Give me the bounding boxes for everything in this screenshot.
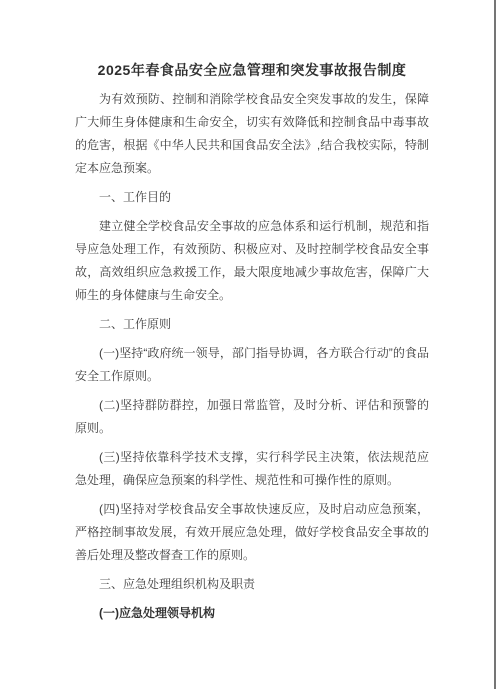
document-body: 为有效预防、控制和消除学校食品安全突发事故的发生，保障广大师生身体健康和生命安全… [75, 88, 429, 625]
document-title: 2025年春食品安全应急管理和突发事故报告制度 [75, 59, 429, 82]
paragraph: (二)坚持群防群控，加强日常监管，及时分析、评估和预警的原则。 [75, 394, 429, 440]
document-content: 2025年春食品安全应急管理和突发事故报告制度 为有效预防、控制和消除学校食品安… [75, 0, 429, 631]
section-heading: 一、工作目的 [75, 186, 429, 209]
paragraph: (一)坚持“政府统一领导，部门指导协调，各方联合行动”的食品安全工作原则。 [75, 342, 429, 388]
paragraph: (三)坚持依靠科学技术支撑，实行科学民主决策，依法规范应急处理，确保应急预案的科… [75, 446, 429, 492]
subsection-heading: (一)应急处理领导机构 [75, 602, 429, 625]
document-page: 2025年春食品安全应急管理和突发事故报告制度 为有效预防、控制和消除学校食品安… [0, 0, 500, 689]
paragraph: 为有效预防、控制和消除学校食品安全突发事故的发生，保障广大师生身体健康和生命安全… [75, 88, 429, 180]
paragraph: 建立健全学校食品安全事故的应急体系和运行机制，规范和指导应急处理工作，有效预防、… [75, 215, 429, 307]
paragraph: (四)坚持对学校食品安全事故快速反应，及时启动应急预案，严格控制事故发展，有效开… [75, 498, 429, 567]
section-heading: 二、工作原则 [75, 313, 429, 336]
page-edge-line [494, 0, 496, 689]
section-heading: 三、应急处理组织机构及职责 [75, 573, 429, 596]
